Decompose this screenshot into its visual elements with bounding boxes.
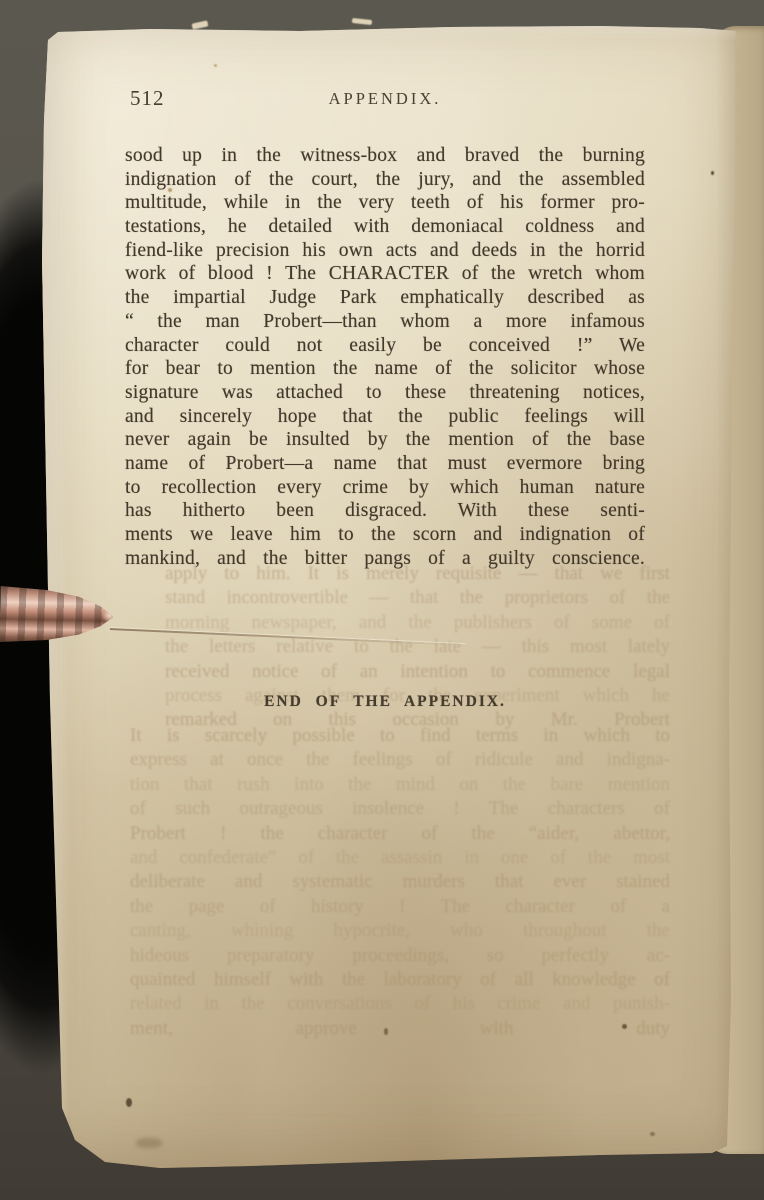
body-text-line: the impartial Judge Park emphatically de…: [125, 286, 645, 310]
ghost-text-line: morning newspaper, and the publishers of…: [165, 611, 670, 635]
paper-fiber: [192, 20, 209, 29]
body-text-line: to recollection every crime by which hum…: [125, 476, 645, 500]
foxing-speck: [126, 1098, 132, 1107]
ghost-text-line: tion that rush into the mind on the bare…: [130, 773, 670, 797]
ghost-text-line: ment, approve with duty: [130, 1017, 670, 1041]
body-text-line: multitude, while in the very teeth of hi…: [125, 191, 645, 215]
stain: [136, 1138, 162, 1148]
body-text-line: character could not easily be conceived …: [125, 334, 645, 358]
ghost-text-line: remarked on this occasion by Mr. Probert: [165, 708, 670, 732]
body-text-line: fiend-like precision his own acts and de…: [125, 239, 645, 263]
ghost-text-line: deliberate and systematic murders that e…: [130, 870, 670, 894]
body-text-line: testations, he detailed with demoniacal …: [125, 215, 645, 239]
body-text-line: “ the man Probert—than whom a more infam…: [125, 310, 645, 334]
running-head: APPENDIX.: [125, 89, 645, 109]
showthrough-text-lower: It is scarcely possible to find terms in…: [130, 724, 670, 1041]
book-page: 512 APPENDIX. sood up in the witness-box…: [36, 22, 742, 1174]
foxing-speck: [384, 1028, 388, 1035]
body-text-line: signature was attached to these threaten…: [125, 381, 645, 405]
ghost-text-line: Probert ! the character of the “aider, a…: [130, 822, 670, 846]
page-header: 512 APPENDIX.: [125, 86, 645, 116]
body-text-line: ments we leave him to the scorn and indi…: [125, 523, 645, 547]
ghost-text-line: canting, whining hypocrite, who througho…: [130, 919, 670, 943]
body-text-line: and sincerely hope that the public feeli…: [125, 405, 645, 429]
ghost-text-line: stand incontrovertible — that the propri…: [165, 586, 670, 610]
ghost-text-line: received notice of an intention to comme…: [165, 660, 670, 684]
ghost-text-line: express at once the feelings of ridicule…: [130, 748, 670, 772]
ghost-text-line: related in the conversations of his crim…: [130, 992, 670, 1016]
body-text-line: indignation of the court, the jury, and …: [125, 168, 645, 192]
body-text-line: never again be insulted by the mention o…: [125, 428, 645, 452]
ghost-text-line: the page of history ! The character of a: [130, 895, 670, 919]
foxing-speck: [650, 1132, 655, 1136]
ghost-text-line: quainted himself with the laboratory of …: [130, 968, 670, 992]
body-text-line: work of blood ! The CHARACTER of the wre…: [125, 262, 645, 286]
body-text-line: sood up in the witness-box and braved th…: [125, 144, 645, 168]
ghost-text-line: of such outrageous insolence ! The chara…: [130, 797, 670, 821]
foxing-speck: [214, 64, 217, 67]
ghost-text-line: the letters relative to the late — this …: [165, 635, 670, 659]
end-of-appendix-label: END OF THE APPENDIX.: [125, 693, 645, 711]
body-text-line: has hitherto been disgraced. With these …: [125, 499, 645, 523]
ghost-text-line: and confederate” of the assassin in one …: [130, 846, 670, 870]
body-text-line: mankind, and the bitter pangs of a guilt…: [125, 547, 645, 571]
body-text-line: for bear to mention the name of the soli…: [125, 357, 645, 381]
paper-fiber: [352, 18, 372, 25]
ghost-text-line: It is scarcely possible to find terms in…: [130, 724, 670, 748]
body-text-line: name of Probert—a name that must evermor…: [125, 452, 645, 476]
paper-crease: [110, 628, 466, 646]
foxing-speck: [711, 171, 714, 175]
body-text: sood up in the witness-box and braved th…: [125, 144, 645, 570]
foxing-speck: [168, 188, 172, 192]
ghost-text-line: hideous preparatory proceedings, so perf…: [130, 944, 670, 968]
foxing-speck: [622, 1024, 627, 1029]
scanned-book-photo: 512 APPENDIX. sood up in the witness-box…: [0, 0, 764, 1200]
